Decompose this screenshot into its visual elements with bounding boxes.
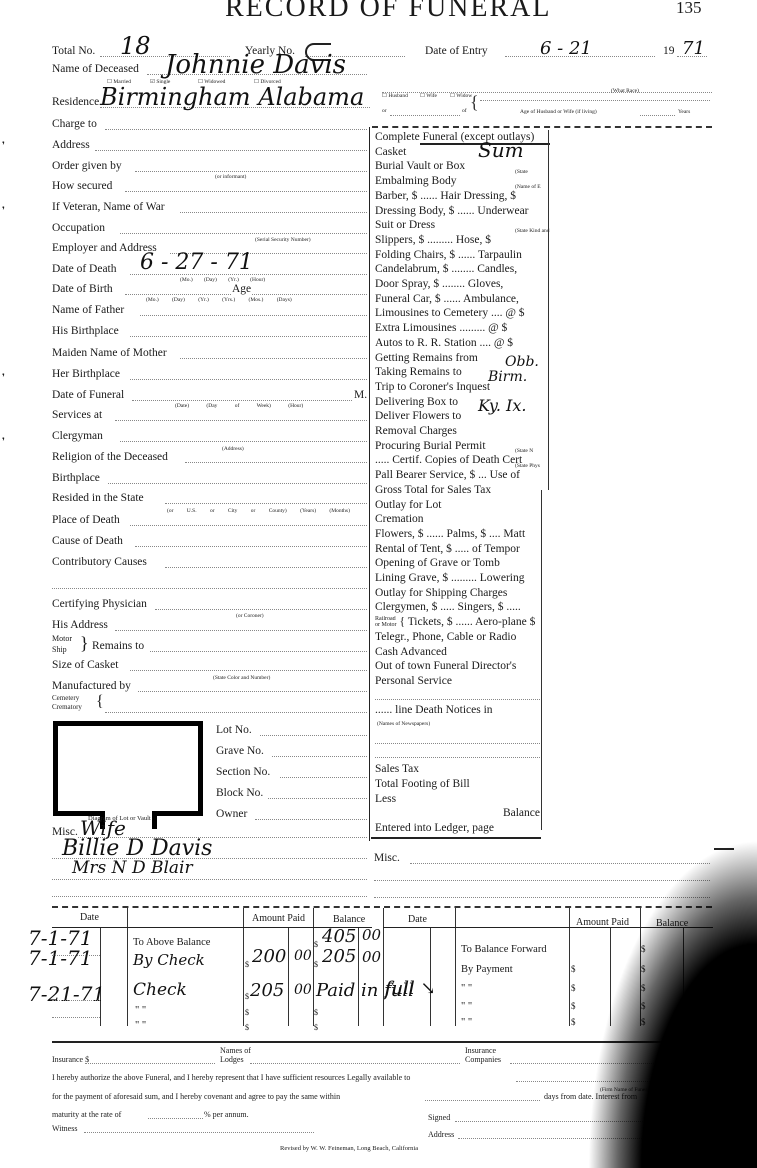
name-of-deceased-value[interactable]: Johnnie Davis (165, 50, 346, 80)
charge-row-label: Outlay for Lot (375, 499, 441, 511)
field-his-birthplace-input[interactable] (130, 336, 367, 337)
date-of-entry-label: Date of Entry (425, 45, 488, 57)
ledger-left-row-1-desc: To Above Balance (133, 937, 210, 948)
paid-in-full-continuation: full ↘ (385, 978, 436, 999)
charge-row[interactable]: Railroador Motor{ Tickets, $ ...... Aero… (375, 616, 540, 628)
field-manufactured-label: Manufactured by (52, 680, 131, 692)
block-no-label: Block No. (216, 787, 263, 799)
field-size-of-casket-label: Size of Casket (52, 659, 118, 671)
witness-label: Witness (52, 1124, 77, 1133)
charge-row-label: ..... Certif. Copies of Death Cert (375, 454, 522, 466)
charge-row-label: Lining Grave, $ ......... Lowering (375, 572, 524, 584)
misc-left-line-3[interactable]: Mrs N D Blair (72, 858, 193, 878)
scan-dark-corner (587, 838, 757, 1168)
charge-row-label: Getting Remains from (375, 352, 478, 364)
field-charge-to-input[interactable] (105, 129, 367, 130)
brace: { (470, 92, 479, 113)
charge-row[interactable] (375, 690, 540, 700)
charge-row-label: Removal Charges (375, 425, 457, 437)
field-clergyman-label: Clergyman (52, 430, 103, 442)
charge-row[interactable]: Telegr., Phone, Cable or Radio (375, 631, 540, 643)
charge-row[interactable]: Sales Tax (375, 763, 540, 775)
charge-row[interactable]: Entered into Ledger, page (375, 822, 540, 834)
charge-row-prefix: Railroador Motor (375, 616, 397, 628)
field-religion-label: Religion of the Deceased (52, 451, 168, 463)
charge-row-label: Cash Advanced (375, 646, 447, 658)
charge-row-label: Suit or Dress (375, 219, 435, 231)
charge-row-hint: (Names of Newspapers) (377, 721, 430, 727)
charge-row-label: Funeral Car, $ ...... Ambulance, (375, 293, 519, 305)
charge-row[interactable]: Extra Limousines ......... @ $ (375, 322, 547, 334)
race-hint: (What Race) (611, 88, 639, 94)
charge-row-label: Burial Vault or Box (375, 160, 465, 172)
ledger-left-row-2-desc[interactable]: By Check (133, 951, 205, 969)
charge-row-label: Balance (503, 807, 540, 819)
field-place-of-death-label: Place of Death (52, 514, 120, 526)
charge-row[interactable]: Door Spray, $ ........ Gloves, (375, 278, 547, 290)
witness-input[interactable] (84, 1132, 314, 1133)
charge-row[interactable]: ...... line Death Notices in (375, 704, 540, 716)
field-physician-input[interactable] (155, 609, 367, 610)
taking-remains-value[interactable]: Birm. (488, 369, 527, 385)
insurance-companies-label: Companies (465, 1055, 501, 1064)
field-remains-to-label: Remains to (92, 640, 144, 652)
ledger-left-date-header: Date (80, 912, 99, 923)
field-father-input[interactable] (140, 315, 367, 316)
ledger-left-row-2-cents[interactable]: 00 (294, 948, 312, 964)
residence-value[interactable]: Birmingham Alabama (100, 83, 364, 111)
charge-row-label: Total Footing of Bill (375, 778, 470, 790)
coroner-hint: (or Coroner) (236, 613, 264, 619)
spouse-or: or (382, 108, 387, 114)
charge-row-hint: (State Phys (515, 463, 540, 469)
charge-row[interactable]: Lining Grave, $ ......... Lowering (375, 572, 540, 584)
grave-no-label: Grave No. (216, 745, 264, 757)
field-veteran-label: If Veteran, Name of War (52, 201, 165, 213)
charge-row[interactable]: Folding Chairs, $ ...... Tarpaulin (375, 249, 547, 261)
field-manufactured-input[interactable] (138, 691, 367, 692)
ledger-right-row-1-desc: To Balance Forward (461, 944, 547, 955)
ssn-hint: (Serial Security Number) (255, 237, 311, 243)
field-physician-label: Certifying Physician (52, 598, 147, 610)
field-cause-of-death-input[interactable] (135, 546, 367, 547)
charge-row[interactable]: Funeral Car, $ ...... Ambulance, (375, 293, 547, 305)
charge-row-label: Embalming Body (375, 175, 456, 187)
charge-row[interactable]: Outlay for Lot (375, 499, 540, 511)
scan-mark: ❜ (2, 140, 5, 151)
charge-row-label: Flowers, $ ...... Palms, $ .... Matt (375, 528, 525, 540)
scan-mark: ❜ (2, 372, 5, 383)
ship-label: Ship (52, 645, 67, 654)
charge-row[interactable]: Pall Bearer Service, $ ... Use of (375, 469, 547, 481)
funeral-meridiem: M. (354, 389, 367, 401)
charge-row-label: Taking Remains to (375, 366, 462, 378)
clergyman-address-hint: (Address) (222, 446, 244, 452)
total-no-label: Total No. (52, 45, 95, 57)
spouse-widow[interactable]: ☐ Widow (450, 93, 472, 99)
charge-row[interactable]: Candelabrum, $ ........ Candles, (375, 263, 547, 275)
age-label: Age (232, 283, 251, 295)
charge-row-label: Telegr., Phone, Cable or Radio (375, 631, 516, 643)
owner-input[interactable] (255, 819, 367, 820)
charge-row[interactable]: Rental of Tent, $ ..... of Tempor (375, 543, 540, 555)
charge-row-label: Pall Bearer Service, $ ... Use of (375, 469, 520, 481)
charge-row[interactable]: Clergymen, $ ..... Singers, $ ..... (375, 601, 540, 613)
field-his-address-label: His Address (52, 619, 108, 631)
charge-row-label: Barber, $ ...... Hair Dressing, $ (375, 190, 516, 202)
charge-row-label: Folding Chairs, $ ...... Tarpaulin (375, 249, 522, 261)
charge-row[interactable]: Personal Service (375, 675, 540, 687)
date-of-death-hint: (Mo.) (Day) (Yr.) (Hour) (180, 277, 265, 283)
charge-row[interactable]: Autos to R. R. Station .... @ $ (375, 337, 547, 349)
ledger-left-row-1-balance-cents[interactable]: 00 (362, 926, 381, 944)
spouse-husband[interactable]: ☐ Husband (382, 93, 408, 99)
ledger-left-row-3-desc[interactable]: Check (133, 980, 187, 1000)
informant-hint: (or informant) (215, 174, 246, 180)
charge-row-label: Rental of Tent, $ ..... of Tempor (375, 543, 520, 555)
field-resided-label: Resided in the State (52, 492, 144, 504)
field-services-at-input[interactable] (115, 420, 367, 421)
date-of-entry-value[interactable]: 6 - 21 (540, 38, 592, 59)
charge-row-label: Tickets, $ ...... Aero-plane $ (408, 616, 536, 628)
brace: { (96, 693, 104, 711)
percent-text: % per annum. (204, 1110, 249, 1119)
charge-row[interactable]: Dressing Body, $ ...... Underwear (375, 205, 547, 217)
date-of-funeral-hint: (Date) (Day of Week) (Hour) (175, 403, 303, 409)
charge-row[interactable]: Less (375, 793, 540, 805)
field-how-secured-input[interactable] (125, 191, 367, 192)
ledger-left-row-1-balance[interactable]: 405 (322, 926, 356, 947)
charge-row-label: Entered into Ledger, page (375, 822, 494, 834)
motor-label: Motor (52, 634, 72, 643)
field-mother-label: Maiden Name of Mother (52, 347, 167, 359)
charge-row-label: Gross Total for Sales Tax (375, 484, 491, 496)
charge-row-hint: (State N (515, 448, 533, 454)
field-address-input[interactable] (95, 150, 367, 151)
charge-row[interactable] (375, 748, 540, 758)
charge-row-label: Limousines to Cemetery .... @ $ (375, 307, 525, 319)
field-contributory-line2[interactable] (52, 588, 367, 589)
charge-row-label: ...... line Death Notices in (375, 704, 493, 716)
charge-row-hint: (Name of E (515, 184, 541, 190)
charge-row[interactable]: Out of town Funeral Director's (375, 660, 540, 672)
ledger-left-row-3-cents[interactable]: 00 (294, 982, 312, 998)
owner-label: Owner (216, 808, 247, 820)
section-no-input[interactable] (280, 777, 367, 778)
scan-mark: ❜ (2, 205, 5, 216)
charge-row-label: Sales Tax (375, 763, 419, 775)
ledger-left-row-2-balance[interactable]: 205 (322, 946, 356, 967)
casket-hint: (State Color and Number) (213, 675, 270, 681)
charge-row-label: Autos to R. R. Station .... @ $ (375, 337, 513, 349)
field-order-given-by-input[interactable] (135, 171, 367, 172)
years-label: Years (678, 109, 690, 115)
charge-row-label: Clergymen, $ ..... Singers, $ ..... (375, 601, 521, 613)
brace: } (80, 633, 89, 654)
authorize-text: I hereby authorize the above Funeral, an… (52, 1073, 410, 1082)
page-number: 135 (676, 0, 702, 18)
charge-row-label: Cremation (375, 513, 424, 525)
scan-mark: ❜ (2, 436, 5, 447)
field-occupation-label: Occupation (52, 222, 105, 234)
charge-row-label: Casket (375, 146, 406, 158)
charge-row[interactable]: Flowers, $ ...... Palms, $ .... Matt (375, 528, 540, 540)
field-birthplace-input[interactable] (108, 483, 367, 484)
ledger-left-row-3-amount[interactable]: 205 (250, 980, 284, 1001)
field-father-label: Name of Father (52, 304, 124, 316)
field-place-of-death-input[interactable] (130, 525, 367, 526)
payment-text: for the payment of aforesaid sum, and I … (52, 1092, 340, 1101)
spouse-of: of (462, 108, 467, 114)
signed-label: Signed (428, 1113, 450, 1122)
field-charge-to-label: Charge to (52, 118, 97, 130)
charge-row-label: Slippers, $ ......... Hose, $ (375, 234, 491, 246)
field-cemetery-input[interactable] (105, 712, 367, 713)
charge-row-label: Opening of Grave or Tomb (375, 557, 500, 569)
date-of-birth-hint: (Mo.) (Day) (Yr.) (Yrs.) (Mos.) (Days) (146, 297, 292, 303)
lodges-input[interactable] (250, 1063, 460, 1064)
charge-row[interactable]: Cremation (375, 513, 540, 525)
residence-label: Residence (52, 96, 99, 108)
misc-right-label: Misc. (374, 852, 400, 864)
name-of-deceased-label: Name of Deceased (52, 63, 139, 75)
address-label: Address (428, 1130, 454, 1139)
charge-row-label: Out of town Funeral Director's (375, 660, 516, 672)
field-contributory-label: Contributory Causes (52, 556, 147, 568)
block-no-input[interactable] (268, 798, 367, 799)
field-her-birthplace-label: Her Birthplace (52, 368, 120, 380)
revised-by: Revised by W. W. Feineman, Long Beach, C… (280, 1145, 418, 1152)
casket-value[interactable]: Sum (478, 138, 524, 162)
field-his-birthplace-label: His Birthplace (52, 325, 119, 337)
field-occupation-input[interactable] (120, 233, 367, 234)
delivering-box-value[interactable]: Ky. Ix. (478, 396, 526, 415)
charge-row[interactable]: Opening of Grave or Tomb (375, 557, 540, 569)
ledger-left-row-2-balance-cents[interactable]: 00 (362, 948, 381, 966)
resided-hint: (or U.S. or City or County) (Years) (Mon… (167, 508, 350, 514)
insurance-label: Insurance $ (52, 1055, 89, 1064)
charge-row-label: Extra Limousines ......... @ $ (375, 322, 507, 334)
field-birthplace-label: Birthplace (52, 472, 100, 484)
field-how-secured-label: How secured (52, 180, 112, 192)
charge-row[interactable]: Removal Charges (375, 425, 547, 437)
field-clergyman-input[interactable] (120, 441, 367, 442)
field-date-of-funeral-label: Date of Funeral (52, 389, 124, 401)
field-his-address-input[interactable] (115, 630, 367, 631)
field-address-label: Address (52, 139, 90, 151)
ledger-left-row-2-date[interactable]: 7-1-71 (28, 946, 92, 970)
charge-row-label: Procuring Burial Permit (375, 440, 486, 452)
lodges-label: Lodges (220, 1055, 244, 1064)
section-no-label: Section No. (216, 766, 270, 778)
field-date-of-birth-label: Date of Birth (52, 283, 113, 295)
field-order-given-by-label: Order given by (52, 160, 122, 172)
charge-row-label: Personal Service (375, 675, 452, 687)
charge-row-label: Delivering Box to (375, 396, 458, 408)
lot-no-label: Lot No. (216, 724, 252, 736)
charge-row[interactable]: Total Footing of Bill (375, 778, 540, 790)
ledger-right-date-header: Date (408, 914, 427, 925)
field-resided-input[interactable] (165, 503, 367, 504)
ledger-left-row-3-date[interactable]: 7-21-71 (28, 982, 105, 1006)
field-veteran-input[interactable] (180, 212, 367, 213)
field-contributory-input[interactable] (165, 567, 367, 568)
spouse-wife[interactable]: ☐ Wife (420, 93, 437, 99)
days-input[interactable] (425, 1100, 540, 1101)
field-date-of-death-label: Date of Death (52, 263, 117, 275)
total-no-value[interactable]: 18 (120, 32, 151, 60)
charge-row-hint: (State Kind and (515, 228, 550, 234)
charge-row[interactable]: Cash Advanced (375, 646, 540, 658)
maturity-text: maturity at the rate of (52, 1110, 121, 1119)
date-of-death-value[interactable]: 6 - 27 - 71 (140, 250, 253, 275)
field-services-at-label: Services at (52, 409, 102, 421)
ledger-left-balance-header: Balance (333, 914, 365, 925)
field-cause-of-death-label: Cause of Death (52, 535, 123, 547)
charge-row-hint: (State (515, 169, 528, 175)
charge-row-label: Candelabrum, $ ........ Candles, (375, 263, 517, 275)
field-her-birthplace-input[interactable] (130, 379, 367, 380)
year-value[interactable]: 71 (682, 38, 705, 59)
ledger-right-row-2-desc: By Payment (461, 964, 513, 975)
charge-row-label: Door Spray, $ ........ Gloves, (375, 278, 503, 290)
grave-no-input[interactable] (272, 756, 367, 757)
getting-remains-value[interactable]: Obb. (505, 354, 539, 370)
charge-row[interactable]: Slippers, $ ......... Hose, $ (375, 234, 547, 246)
charge-row[interactable]: Barber, $ ...... Hair Dressing, $ (375, 190, 547, 202)
charge-row-label: Outlay for Shipping Charges (375, 587, 507, 599)
ledger-left-row-2-amount[interactable]: 200 (252, 946, 286, 967)
lot-no-input[interactable] (260, 735, 367, 736)
form-title: RECORD OF FUNERAL (225, 0, 551, 24)
crematory-label: Crematory (52, 703, 82, 711)
rate-input[interactable] (148, 1118, 203, 1119)
age-spouse-label: Age of Husband or Wife (if living) (520, 109, 597, 115)
charge-row[interactable]: Balance (375, 807, 540, 819)
charge-row-label: Less (375, 793, 396, 805)
charge-row-label: Trip to Coroner's Inquest (375, 381, 490, 393)
field-mother-input[interactable] (180, 358, 367, 359)
charge-row[interactable] (375, 734, 540, 744)
ledger-left-amount-header: Amount Paid (252, 913, 305, 924)
charge-row-label: Deliver Flowers to (375, 410, 461, 422)
charge-row[interactable]: Outlay for Shipping Charges (375, 587, 540, 599)
charge-row[interactable]: Gross Total for Sales Tax (375, 484, 547, 496)
charge-row[interactable]: Limousines to Cemetery .... @ $ (375, 307, 547, 319)
charge-row-label: Dressing Body, $ ...... Underwear (375, 205, 529, 217)
field-date-of-funeral-input[interactable] (132, 400, 352, 401)
insurance-input[interactable] (85, 1063, 215, 1064)
cemetery-label: Cemetery (52, 694, 79, 702)
lot-diagram-box[interactable] (53, 721, 203, 816)
field-religion-input[interactable] (185, 462, 367, 463)
field-size-of-casket-input[interactable] (130, 670, 367, 671)
field-remains-to-input[interactable] (150, 651, 367, 652)
year-prefix: 19 (663, 45, 675, 57)
